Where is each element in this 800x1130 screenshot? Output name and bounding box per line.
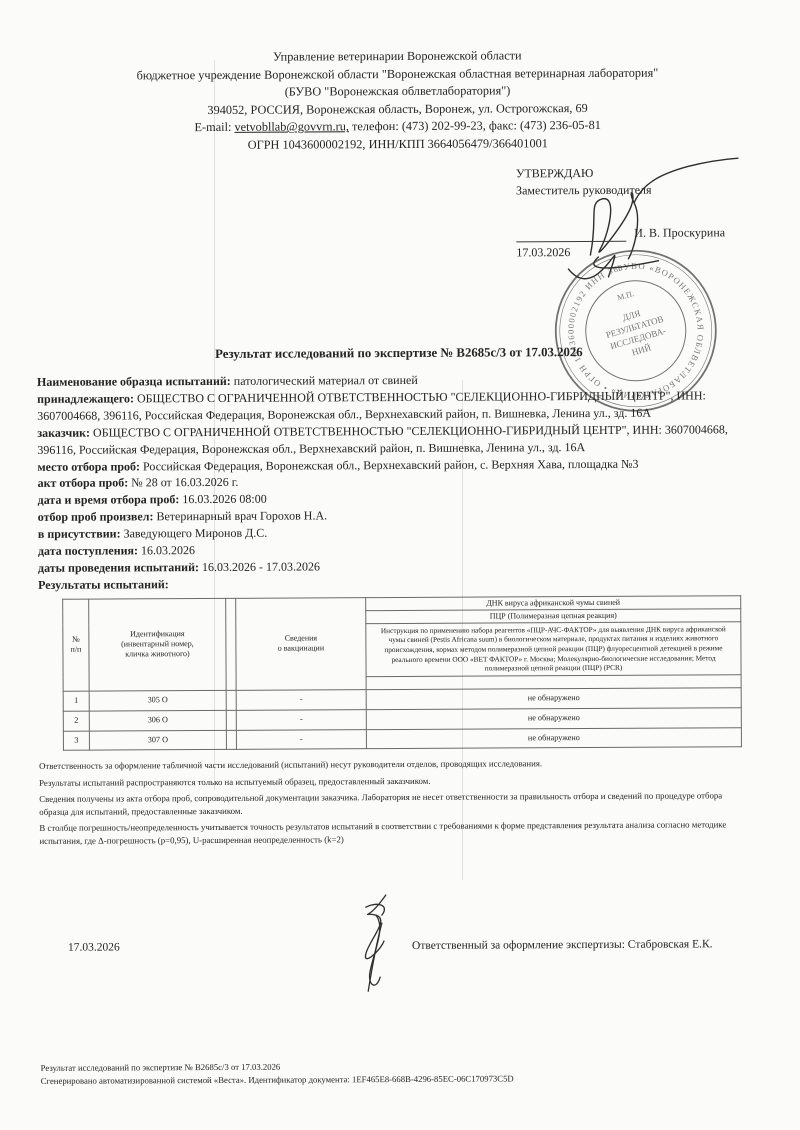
org-ogrn-inn: ОГРН 1043600002192, ИНН/КПП 3664056479/3… (0, 134, 798, 156)
approver-signature-icon (538, 156, 749, 287)
footnote-4: В столбце погрешность/неопределенность у… (39, 819, 739, 848)
table-row: 3 307 О - не обнаружено (63, 727, 741, 750)
stamp-mp: М.П. (616, 289, 635, 302)
row-id: 307 О (89, 730, 226, 751)
row-result: не обнаружено (366, 707, 741, 729)
row-spacer (226, 710, 236, 730)
field-owner: принадлежащего: ОБЩЕСТВО С ОГРАНИЧЕННОЙ … (37, 387, 764, 425)
field-results-heading: Результаты испытаний: (38, 573, 765, 594)
col-header-num: № п/п (63, 599, 89, 691)
org-header: Управление ветеринарии Воронежской облас… (0, 46, 798, 156)
field-customer: заказчик: ОБЩЕСТВО С ОГРАНИЧЕННОЙ ОТВЕТС… (37, 421, 764, 459)
row-spacer (226, 730, 236, 750)
footer-line-2: Сгенерировано автоматизированной системо… (41, 1072, 514, 1087)
row-result: не обнаружено (366, 687, 741, 709)
row-num: 3 (63, 731, 89, 751)
email-value: vetvobllab@govvrn.ru, (234, 120, 349, 135)
signoff-date: 17.03.2026 (68, 941, 120, 953)
responsible-person: Ответственный за оформление экспертизы: … (412, 938, 713, 952)
row-id: 305 О (89, 690, 226, 711)
phone-fax: телефон: (473) 202-99-23, факс: (473) 23… (352, 118, 601, 133)
footnote-2: Результаты испытаний распространяются то… (39, 773, 739, 789)
row-vaccination: - (236, 689, 366, 710)
responsible-signature-icon (346, 893, 411, 998)
document-page: Управление ветеринарии Воронежской облас… (0, 0, 800, 1130)
col-header-vaccination: Сведения о вакцинации (236, 597, 366, 690)
row-vaccination: - (236, 709, 366, 730)
row-result: не обнаружено (366, 727, 741, 749)
footnote-1: Ответственность за оформление табличной … (39, 757, 739, 773)
row-id: 306 О (89, 710, 226, 731)
footnotes: Ответственность за оформление табличной … (39, 757, 739, 848)
footnote-3: Сведения получены из акта отбора проб, с… (39, 790, 739, 819)
row-vaccination: - (236, 729, 366, 750)
col-header-identification: Идентификация (инвентарный номер, кличка… (89, 598, 226, 691)
result-header-method-full: Инструкция по применению набора реагенто… (366, 621, 741, 676)
row-spacer (226, 690, 236, 710)
email-label: E-mail: (194, 120, 231, 134)
col-header-spacer (226, 598, 236, 690)
row-num: 2 (63, 711, 89, 731)
results-table: № п/п Идентификация (инвентарный номер, … (62, 595, 742, 751)
document-footer: Результат исследований по экспертизе № В… (41, 1059, 514, 1086)
row-num: 1 (63, 691, 89, 711)
document-body: Наименование образца испытаний: патологи… (37, 370, 766, 851)
